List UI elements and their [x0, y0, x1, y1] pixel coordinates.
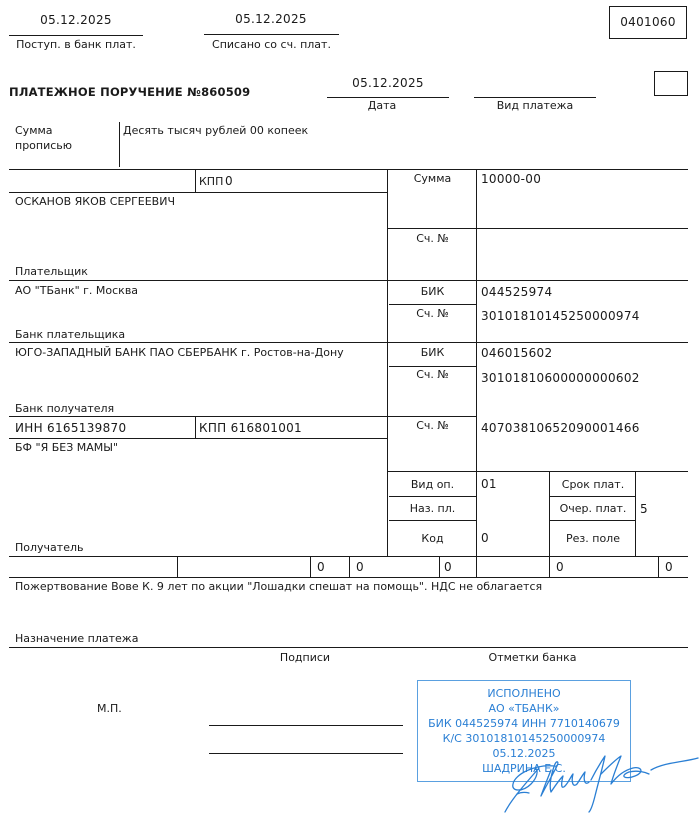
payee-account-label: Сч. № — [389, 419, 476, 432]
document-date: 05.12.2025 — [328, 76, 448, 90]
grid-line — [310, 556, 311, 577]
payer-bank-label: Банк плательщика — [15, 328, 125, 341]
grid-line — [387, 416, 388, 556]
grid-line — [476, 169, 477, 577]
tax-field-6: 0 — [556, 560, 564, 574]
tax-field-3: 0 — [317, 560, 325, 574]
signature-icon — [495, 740, 700, 817]
payee-bank-label: Банк получателя — [15, 402, 114, 415]
payer-account-label: Сч. № — [389, 232, 476, 245]
amount-words-label-2: прописью — [15, 139, 72, 152]
grid-line — [9, 577, 688, 578]
payee-bank-bik-label: БИК — [389, 346, 476, 359]
purpose-label: Назначение платежа — [15, 632, 138, 645]
payer-name: ОСКАНОВ ЯКОВ СЕРГЕЕВИЧ — [15, 195, 175, 208]
amount-label: Сумма — [389, 172, 476, 185]
tax-field-7: 0 — [665, 560, 673, 574]
grid-line — [9, 342, 688, 343]
payer-bank-corr-label: Сч. № — [389, 307, 476, 320]
grid-line — [389, 496, 477, 497]
payee-inn: ИНН 6165139870 — [15, 421, 126, 435]
debited-date-line — [204, 34, 339, 35]
form-code: 0401060 — [609, 15, 687, 29]
payer-bank-corr-account: 30101810145250000974 — [481, 309, 640, 323]
payee-bank-name: ЮГО-ЗАПАДНЫЙ БАНК ПАО СБЕРБАНК г. Ростов… — [15, 346, 344, 359]
tax-field-4: 0 — [356, 560, 364, 574]
op-type-label: Вид оп. — [389, 478, 476, 491]
amount-words-value: Десять тысяч рублей 00 копеек — [123, 124, 308, 137]
signatures-label: Подписи — [260, 651, 350, 664]
payer-bank-bik: 044525974 — [481, 285, 552, 299]
amount-words-label-1: Сумма — [15, 124, 53, 137]
grid-line — [389, 366, 477, 367]
date-label: Дата — [327, 99, 437, 112]
grid-line — [9, 192, 388, 193]
grid-line — [195, 169, 196, 192]
grid-line — [388, 471, 688, 472]
grid-line — [389, 304, 477, 305]
purpose-text: Пожертвование Вове К. 9 лет по акции "Ло… — [15, 580, 542, 593]
document-title: ПЛАТЕЖНОЕ ПОРУЧЕНИЕ №860509 — [9, 85, 250, 99]
grid-line — [389, 520, 477, 521]
received-date: 05.12.2025 — [10, 13, 142, 27]
reserve-label: Рез. поле — [550, 532, 636, 545]
payment-type-label: Вид платежа — [474, 99, 596, 112]
grid-line — [9, 416, 388, 417]
signature-line-2 — [209, 753, 403, 754]
payee-bank-bik: 046015602 — [481, 346, 552, 360]
payee-kpp: КПП 616801001 — [199, 421, 302, 435]
grid-line — [658, 556, 659, 577]
grid-line — [439, 556, 440, 577]
debited-date: 05.12.2025 — [204, 12, 338, 26]
amount-value: 10000-00 — [481, 172, 541, 186]
priority-value: 5 — [640, 502, 648, 516]
payee-account: 40703810652090001466 — [481, 421, 640, 435]
received-date-label: Поступ. в банк плат. — [10, 38, 142, 51]
grid-line — [549, 520, 636, 521]
grid-line — [9, 169, 688, 170]
payer-label: Плательщик — [15, 265, 88, 278]
status-box — [654, 71, 688, 96]
payer-bank-name: АО "ТБанк" г. Москва — [15, 284, 138, 297]
code-label: Код — [389, 532, 476, 545]
date-line — [327, 97, 449, 98]
signature-line-1 — [209, 725, 403, 726]
grid-line — [9, 438, 388, 439]
tax-field-5: 0 — [444, 560, 452, 574]
amount-words-divider — [119, 122, 120, 167]
payer-kpp-label: КПП — [199, 175, 223, 188]
payer-kpp: 0 — [225, 174, 233, 188]
priority-label: Очер. плат. — [550, 502, 636, 515]
due-label: Срок плат. — [550, 478, 636, 491]
seal-label: М.П. — [97, 702, 122, 715]
grid-line — [195, 416, 196, 438]
debited-date-label: Списано со сч. плат. — [204, 38, 339, 51]
payer-bank-bik-label: БИК — [389, 285, 476, 298]
payee-bank-corr-account: 30101810600000000602 — [481, 371, 640, 385]
grid-line — [388, 228, 688, 229]
payee-bank-corr-label: Сч. № — [389, 368, 476, 381]
received-date-line — [9, 35, 143, 36]
stamp-line-2: АО «ТБАНК» — [418, 701, 630, 716]
payment-type-line — [474, 97, 596, 98]
grid-line — [349, 556, 350, 577]
code-value: 0 — [481, 531, 489, 545]
grid-line — [9, 647, 688, 648]
payee-name: БФ "Я БЕЗ МАМЫ" — [15, 441, 118, 454]
stamp-line-1: ИСПОЛНЕНО — [418, 686, 630, 701]
stamp-line-3: БИК 044525974 ИНН 7710140679 — [418, 716, 630, 731]
op-type: 01 — [481, 477, 497, 491]
grid-line — [9, 280, 688, 281]
bank-marks-label: Отметки банка — [480, 651, 585, 664]
grid-line — [177, 556, 178, 577]
grid-line — [549, 496, 636, 497]
purpose-code-label: Наз. пл. — [389, 502, 476, 515]
grid-line — [388, 416, 477, 417]
payee-label: Получатель — [15, 541, 83, 554]
